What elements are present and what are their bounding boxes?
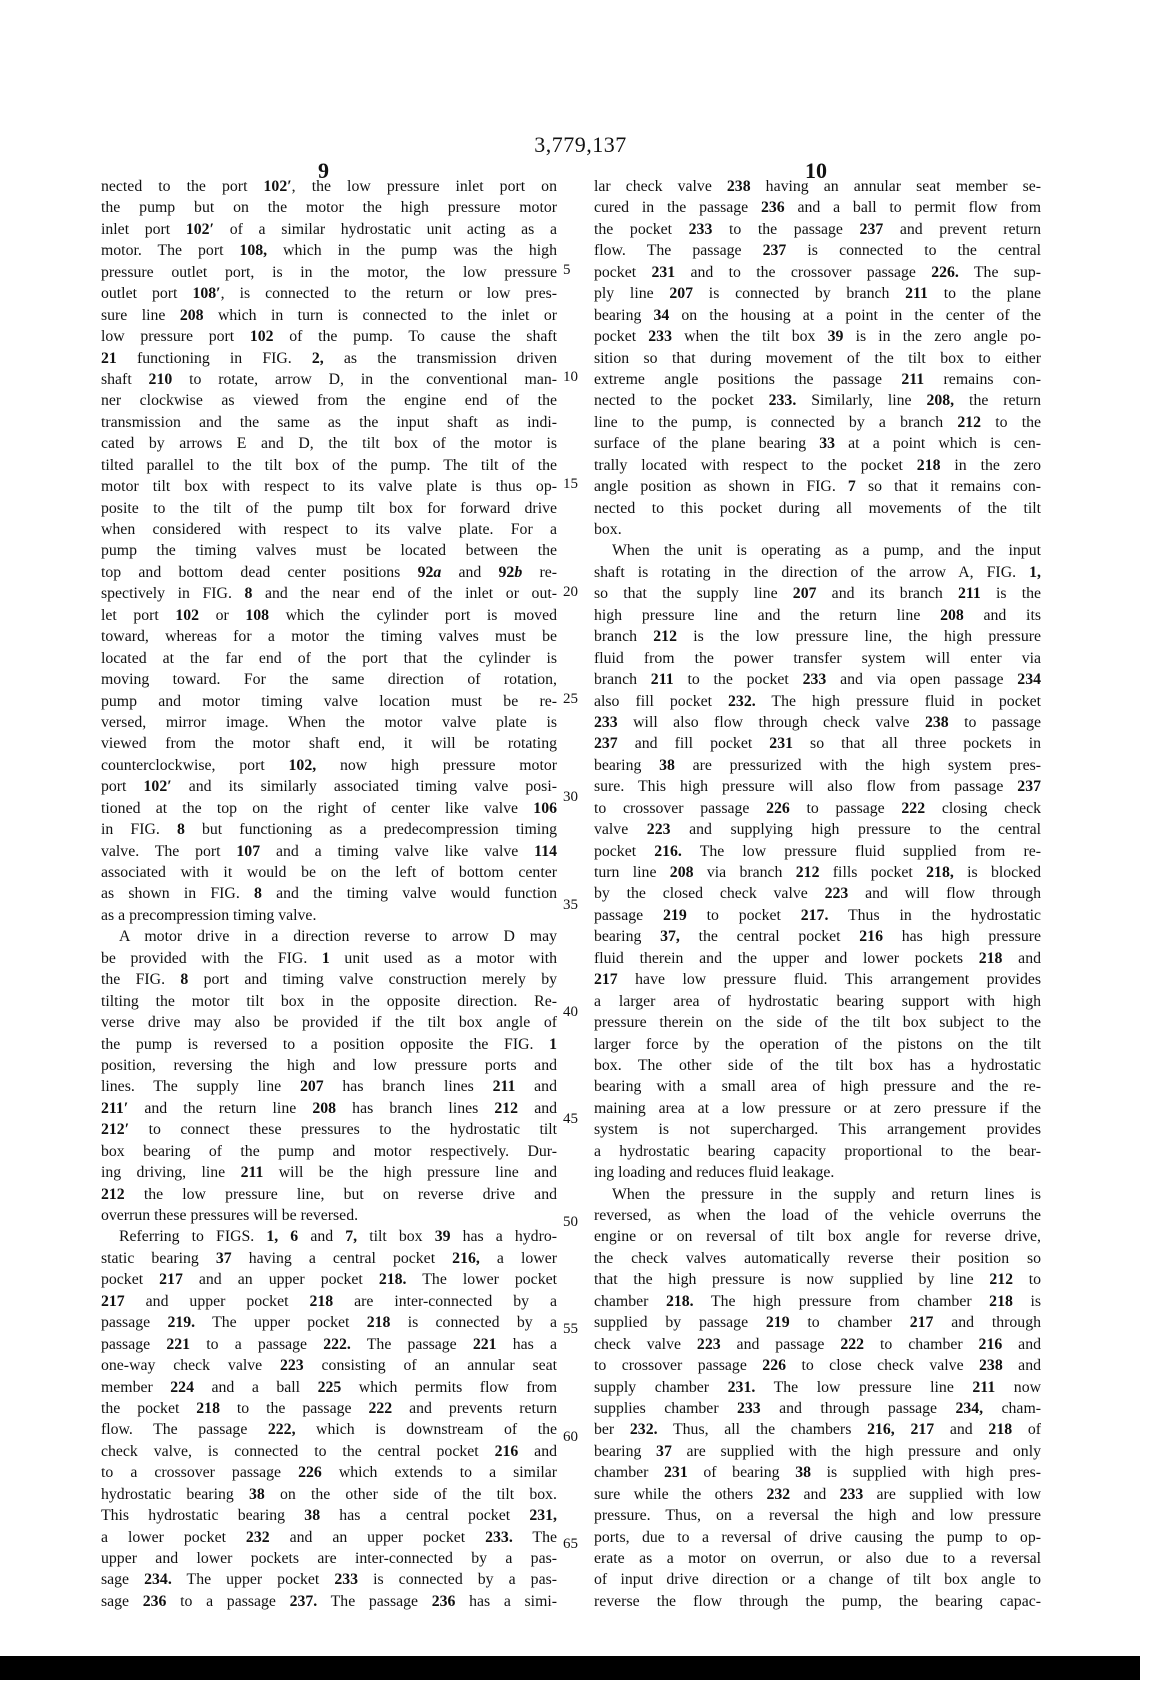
text-line: angle position as shown in FIG. 7 so tha… [594, 476, 1041, 497]
text-line: port 102′ and its similarly associated t… [101, 776, 557, 797]
text-line: pressure. Thus, on a reversal the high a… [594, 1505, 1041, 1526]
text-line: the FIG. 8 port and timing valve constru… [101, 969, 557, 990]
text-line: reverse the flow through the pump, the b… [594, 1591, 1041, 1612]
text-line: 217 and upper pocket 218 are inter-conne… [101, 1291, 557, 1312]
text-line: box. [594, 519, 1041, 540]
text-line: pressure therein on the side of the tilt… [594, 1012, 1041, 1033]
text-line: associated with it would be on the left … [101, 862, 557, 883]
text-line: transmission and the same as the input s… [101, 412, 557, 433]
text-line: supplies chamber 233 and through passage… [594, 1398, 1041, 1419]
text-line: hydrostatic bearing 38 on the other side… [101, 1484, 557, 1505]
right-text-column: lar check valve 238 having an annular se… [594, 176, 1041, 1612]
text-line: to a crossover passage 226 which extends… [101, 1462, 557, 1483]
text-line: motor tilt box with respect to its valve… [101, 476, 557, 497]
text-line: maining area at a low pressure or at zer… [594, 1098, 1041, 1119]
text-line: spectively in FIG. 8 and the near end of… [101, 583, 557, 604]
text-line: check valve, is connected to the central… [101, 1441, 557, 1462]
left-text-column: nected to the port 102′, the low pressur… [101, 176, 557, 1612]
line-number: 50 [563, 1214, 589, 1231]
text-line: of input drive direction or a change of … [594, 1569, 1041, 1590]
text-line: extreme angle positions the passage 211 … [594, 369, 1041, 390]
text-line: 233 will also flow through check valve 2… [594, 712, 1041, 733]
text-line: pocket 233 when the tilt box 39 is in th… [594, 326, 1041, 347]
text-line: in FIG. 8 but functioning as a predecomp… [101, 819, 557, 840]
text-line: reversed, as when the load of the vehicl… [594, 1205, 1041, 1226]
patent-number: 3,779,137 [0, 132, 1161, 158]
line-number: 40 [563, 1004, 589, 1021]
text-line: flow. The passage 237 is connected to th… [594, 240, 1041, 261]
text-line: cured in the passage 236 and a ball to p… [594, 197, 1041, 218]
text-line: let port 102 or 108 which the cylinder p… [101, 605, 557, 626]
text-line: valve 223 and supplying high pressure to… [594, 819, 1041, 840]
text-line: sure. This high pressure will also flow … [594, 776, 1041, 797]
text-line: pocket 216. The low pressure fluid suppl… [594, 841, 1041, 862]
text-line: static bearing 37 having a central pocke… [101, 1248, 557, 1269]
text-line: tioned at the top on the right of center… [101, 798, 557, 819]
line-number: 55 [563, 1321, 589, 1338]
text-line: overrun these pressures will be reversed… [101, 1205, 557, 1226]
text-line: the pump is reversed to a position oppos… [101, 1034, 557, 1055]
text-line: passage 219. The upper pocket 218 is con… [101, 1312, 557, 1333]
text-line: 212 the low pressure line, but on revers… [101, 1184, 557, 1205]
text-line: branch 212 is the low pressure line, the… [594, 626, 1041, 647]
text-line: nected to the port 102′, the low pressur… [101, 176, 557, 197]
text-line: bearing 37 are supplied with the high pr… [594, 1441, 1041, 1462]
text-line: toward, whereas for a motor the timing v… [101, 626, 557, 647]
text-line: a larger area of hydrostatic bearing sup… [594, 991, 1041, 1012]
text-line: pocket 231 and to the crossover passage … [594, 262, 1041, 283]
text-line: nected to the pocket 233. Similarly, lin… [594, 390, 1041, 411]
text-line: bearing 34 on the housing at a point in … [594, 305, 1041, 326]
line-number: 25 [563, 691, 589, 708]
text-line: when considered with respect to its valv… [101, 519, 557, 540]
line-number: 10 [563, 369, 589, 386]
text-line: low pressure port 102 of the pump. To ca… [101, 326, 557, 347]
text-line: ply line 207 is connected by branch 211 … [594, 283, 1041, 304]
text-line: trally located with respect to the pocke… [594, 455, 1041, 476]
text-line: sition so that during movement of the ti… [594, 348, 1041, 369]
text-line: check valve 223 and passage 222 to chamb… [594, 1334, 1041, 1355]
text-line: sure line 208 which in turn is connected… [101, 305, 557, 326]
text-line: that the high pressure is now supplied b… [594, 1269, 1041, 1290]
text-line: chamber 231 of bearing 38 is supplied wi… [594, 1462, 1041, 1483]
text-line: ing loading and reduces fluid leakage. [594, 1162, 1041, 1183]
text-line: as a precompression timing valve. [101, 905, 557, 926]
text-line: counterclockwise, port 102, now high pre… [101, 755, 557, 776]
text-line: so that the supply line 207 and its bran… [594, 583, 1041, 604]
text-line: top and bottom dead center positions 92a… [101, 562, 557, 583]
text-line: surface of the plane bearing 33 at a poi… [594, 433, 1041, 454]
text-line: ing driving, line 211 will be the high p… [101, 1162, 557, 1183]
text-line: pocket 217 and an upper pocket 218. The … [101, 1269, 557, 1290]
text-line: This hydrostatic bearing 38 has a centra… [101, 1505, 557, 1526]
text-line: cated by arrows E and D, the tilt box of… [101, 433, 557, 454]
text-line: a lower pocket 232 and an upper pocket 2… [101, 1527, 557, 1548]
text-line: flow. The passage 222, which is downstre… [101, 1419, 557, 1440]
text-line: moving toward. For the same direction of… [101, 669, 557, 690]
text-line: line to the pump, is connected by a bran… [594, 412, 1041, 433]
line-number: 45 [563, 1111, 589, 1128]
text-line: passage 221 to a passage 222. The passag… [101, 1334, 557, 1355]
text-line: also fill pocket 232. The high pressure … [594, 691, 1041, 712]
text-line: bearing with a small area of high pressu… [594, 1076, 1041, 1097]
text-line: a hydrostatic bearing capacity proportio… [594, 1141, 1041, 1162]
text-line: fluid from the power transfer system wil… [594, 648, 1041, 669]
text-line: ner clockwise as viewed from the engine … [101, 390, 557, 411]
text-line: be provided with the FIG. 1 unit used as… [101, 948, 557, 969]
text-line: lines. The supply line 207 has branch li… [101, 1076, 557, 1097]
text-line: ber 232. Thus, all the chambers 216, 217… [594, 1419, 1041, 1440]
text-line: 217 have low pressure fluid. This arrang… [594, 969, 1041, 990]
text-line: position, reversing the high and low pre… [101, 1055, 557, 1076]
text-line: inlet port 102′ of a similar hydrostatic… [101, 219, 557, 240]
text-line: pressure outlet port, is in the motor, t… [101, 262, 557, 283]
line-number: 5 [563, 262, 589, 279]
text-line: shaft 210 to rotate, arrow D, in the con… [101, 369, 557, 390]
text-line: one-way check valve 223 consisting of an… [101, 1355, 557, 1376]
text-line: the check valves automatically reverse t… [594, 1248, 1041, 1269]
text-line: shaft is rotating in the direction of th… [594, 562, 1041, 583]
text-line: fluid therein and the upper and lower po… [594, 948, 1041, 969]
text-line: sage 236 to a passage 237. The passage 2… [101, 1591, 557, 1612]
text-line: tilting the motor tilt box in the opposi… [101, 991, 557, 1012]
text-line: branch 211 to the pocket 233 and via ope… [594, 669, 1041, 690]
text-line: member 224 and a ball 225 which permits … [101, 1377, 557, 1398]
text-line: posite to the tilt of the pump tilt box … [101, 498, 557, 519]
text-line: to crossover passage 226 to close check … [594, 1355, 1041, 1376]
text-line: to crossover passage 226 to passage 222 … [594, 798, 1041, 819]
text-line: box bearing of the pump and motor respec… [101, 1141, 557, 1162]
text-line: turn line 208 via branch 212 fills pocke… [594, 862, 1041, 883]
text-line: nected to this pocket during all movemen… [594, 498, 1041, 519]
text-line: supply chamber 231. The low pressure lin… [594, 1377, 1041, 1398]
text-line: as shown in FIG. 8 and the timing valve … [101, 883, 557, 904]
text-line: Referring to FIGS. 1, 6 and 7, tilt box … [101, 1226, 557, 1247]
line-number: 65 [563, 1536, 589, 1553]
scan-edge-bar [0, 1656, 1140, 1680]
text-line: located at the far end of the port that … [101, 648, 557, 669]
text-line: upper and lower pockets are inter-connec… [101, 1548, 557, 1569]
text-line: bearing 38 are pressurized with the high… [594, 755, 1041, 776]
text-line: by the closed check valve 223 and will f… [594, 883, 1041, 904]
text-line: ports, due to a reversal of drive causin… [594, 1527, 1041, 1548]
text-line: sure while the others 232 and 233 are su… [594, 1484, 1041, 1505]
text-line: outlet port 108′, is connected to the re… [101, 283, 557, 304]
text-line: 211′ and the return line 208 has branch … [101, 1098, 557, 1119]
text-line: lar check valve 238 having an annular se… [594, 176, 1041, 197]
text-line: When the unit is operating as a pump, an… [594, 540, 1041, 561]
text-line: viewed from the motor shaft end, it will… [101, 733, 557, 754]
text-line: chamber 218. The high pressure from cham… [594, 1291, 1041, 1312]
text-line: tilted parallel to the tilt box of the p… [101, 455, 557, 476]
text-line: larger force by the operation of the pis… [594, 1034, 1041, 1055]
text-line: 212′ to connect these pressures to the h… [101, 1119, 557, 1140]
line-number: 60 [563, 1429, 589, 1446]
text-line: the pocket 233 to the passage 237 and pr… [594, 219, 1041, 240]
text-line: sage 234. The upper pocket 233 is connec… [101, 1569, 557, 1590]
text-line: pump and motor timing valve location mus… [101, 691, 557, 712]
line-number: 35 [563, 897, 589, 914]
text-line: 237 and fill pocket 231 so that all thre… [594, 733, 1041, 754]
text-line: When the pressure in the supply and retu… [594, 1184, 1041, 1205]
text-line: versed, mirror image. When the motor val… [101, 712, 557, 733]
text-line: 21 functioning in FIG. 2, as the transmi… [101, 348, 557, 369]
text-line: verse drive may also be provided if the … [101, 1012, 557, 1033]
line-number: 30 [563, 789, 589, 806]
text-line: the pocket 218 to the passage 222 and pr… [101, 1398, 557, 1419]
text-line: motor. The port 108, which in the pump w… [101, 240, 557, 261]
text-line: A motor drive in a direction reverse to … [101, 926, 557, 947]
text-line: pump the timing valves must be located b… [101, 540, 557, 561]
line-number: 20 [563, 584, 589, 601]
text-line: supplied by passage 219 to chamber 217 a… [594, 1312, 1041, 1333]
text-line: high pressure line and the return line 2… [594, 605, 1041, 626]
text-line: bearing 37, the central pocket 216 has h… [594, 926, 1041, 947]
text-line: box. The other side of the tilt box has … [594, 1055, 1041, 1076]
text-line: erate as a motor on overrun, or also due… [594, 1548, 1041, 1569]
line-number: 15 [563, 476, 589, 493]
text-line: the pump but on the motor the high press… [101, 197, 557, 218]
text-line: engine or on reversal of tilt box angle … [594, 1226, 1041, 1247]
text-line: valve. The port 107 and a timing valve l… [101, 841, 557, 862]
text-line: system is not supercharged. This arrange… [594, 1119, 1041, 1140]
text-line: passage 219 to pocket 217. Thus in the h… [594, 905, 1041, 926]
